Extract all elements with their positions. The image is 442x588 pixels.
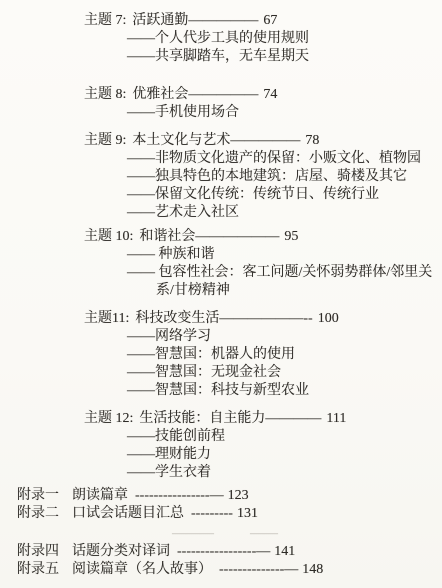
dot-leader: --------------— xyxy=(219,562,298,577)
appendix-row: 附录四话题分类对译词-----------------—141 xyxy=(0,543,442,561)
topic-heading: 主题11:科技改变生活——————--100 xyxy=(0,310,442,328)
topic-label: 主题 9: xyxy=(84,133,126,148)
topic-subitem: ——理财能力 xyxy=(0,446,442,464)
topic-subitem: ——共享脚踏车，无车星期天 xyxy=(0,48,442,66)
dot-leader: -----------------— xyxy=(177,544,270,559)
page-number: 67 xyxy=(263,13,277,28)
dot-leader: ————— xyxy=(188,87,258,102)
topic-entry-10: 主题 10:和谐社会——————95 —— 种族和谐 —— 包容性社会：客工问题… xyxy=(0,228,442,300)
topic-subitem: ——保留文化传统：传统节日、传统行业 xyxy=(0,186,442,204)
topic-subitem: ——技能创前程 xyxy=(0,428,442,446)
topic-subitem: ——独具特色的本地建筑：店屋、骑楼及其它 xyxy=(0,168,442,186)
topic-title: 优雅社会 xyxy=(132,87,188,102)
topic-label: 主题11: xyxy=(84,311,129,326)
page-number: 74 xyxy=(263,87,277,102)
topic-subitem: ——非物质文化遗产的保留：小贩文化、植物园 xyxy=(0,150,442,168)
topic-entry-11: 主题11:科技改变生活——————--100 ——网络学习 ——智慧国：机器人的… xyxy=(0,310,442,400)
topic-subitem: ——个人代步工具的使用规则 xyxy=(0,30,442,48)
appendix-label: 附录五 xyxy=(17,562,59,577)
page-number: 123 xyxy=(228,488,249,503)
dot-leader: ————— xyxy=(188,13,258,28)
topic-entry-8: 主题 8:优雅社会—————74 ——手机使用场合 xyxy=(0,86,442,122)
appendix-label: 附录一 xyxy=(17,488,59,503)
dot-leader: ———— xyxy=(265,411,321,426)
appendix-group-1: 附录一朗读篇章----------------—123 附录二口试会话题目汇总-… xyxy=(0,487,442,523)
appendix-label: 附录二 xyxy=(17,506,59,521)
appendix-group-2: 附录四话题分类对译词-----------------—141 附录五阅读篇章（… xyxy=(0,543,442,579)
appendix-title: 话题分类对译词 xyxy=(72,544,170,559)
page-number: 78 xyxy=(305,133,319,148)
page-number: 131 xyxy=(237,506,258,521)
topic-label: 主题 12: xyxy=(84,411,133,426)
appendix-title: 口试会话题目汇总 xyxy=(72,506,184,521)
topic-heading: 主题 10:和谐社会——————95 xyxy=(0,228,442,246)
topic-heading: 主题 12:生活技能：自主能力————111 xyxy=(0,410,442,428)
topic-heading: 主题 7:活跃通勤—————67 xyxy=(0,12,442,30)
topic-title: 和谐社会 xyxy=(139,229,195,244)
dot-leader: ————— xyxy=(230,133,300,148)
topic-heading: 主题 8:优雅社会—————74 xyxy=(0,86,442,104)
topic-entry-12: 主题 12:生活技能：自主能力————111 ——技能创前程 ——理财能力 ——… xyxy=(0,410,442,482)
dot-leader: --------- xyxy=(191,506,233,521)
topic-subitem: ——网络学习 xyxy=(0,328,442,346)
topic-title: 科技改变生活 xyxy=(135,311,219,326)
appendix-title: 阅读篇章（名人故事） xyxy=(72,562,212,577)
appendix-row: 附录五阅读篇章（名人故事）--------------—148 xyxy=(0,561,442,579)
appendix-row: 附录二口试会话题目汇总---------131 xyxy=(0,505,442,523)
faded-erased-line: ————— xyxy=(0,525,442,543)
dot-leader: ----------------— xyxy=(135,488,224,503)
appendix-title: 朗读篇章 xyxy=(72,488,128,503)
topic-subitem: ——学生衣着 xyxy=(0,464,442,482)
page-number: 111 xyxy=(326,411,346,426)
topic-entry-9: 主题 9:本土文化与艺术—————78 ——非物质文化遗产的保留：小贩文化、植物… xyxy=(0,132,442,222)
topic-title: 本土文化与艺术 xyxy=(132,133,230,148)
topic-subitem-wrap: 系/甘榜精神 xyxy=(0,282,442,300)
topic-subitem: ——智慧国：科技与新型农业 xyxy=(0,382,442,400)
topic-subitem: ——手机使用场合 xyxy=(0,104,442,122)
topic-label: 主题 10: xyxy=(84,229,133,244)
topic-entry-7: 主题 7:活跃通勤—————67 ——个人代步工具的使用规则 ——共享脚踏车，无… xyxy=(0,12,442,66)
page-number: 148 xyxy=(302,562,323,577)
topic-label: 主题 7: xyxy=(84,13,126,28)
appendix-row: 附录一朗读篇章----------------—123 xyxy=(0,487,442,505)
topic-subitem: —— 种族和谐 xyxy=(0,246,442,264)
page-number: 95 xyxy=(284,229,298,244)
faded-dash-fragment: —— xyxy=(250,526,278,541)
topic-subitem: —— 包容性社会：客工问题/关怀弱势群体/邻里关 xyxy=(0,264,442,282)
topic-title: 生活技能：自主能力 xyxy=(139,411,265,426)
topic-subitem: ——智慧国：机器人的使用 xyxy=(0,346,442,364)
page-number: 141 xyxy=(274,544,295,559)
dot-leader: ——————-- xyxy=(219,311,312,326)
topic-label: 主题 8: xyxy=(84,87,126,102)
dot-leader: —————— xyxy=(195,229,279,244)
topic-title: 活跃通勤 xyxy=(132,13,188,28)
topic-heading: 主题 9:本土文化与艺术—————78 xyxy=(0,132,442,150)
appendix-label: 附录四 xyxy=(17,544,59,559)
topic-subitem: ——智慧国：无现金社会 xyxy=(0,364,442,382)
page-number: 100 xyxy=(318,311,339,326)
toc-page: 主题 7:活跃通勤—————67 ——个人代步工具的使用规则 ——共享脚踏车，无… xyxy=(0,0,442,588)
topic-subitem: ——艺术走入社区 xyxy=(0,204,442,222)
faded-dash-fragment: ——— xyxy=(172,526,214,541)
